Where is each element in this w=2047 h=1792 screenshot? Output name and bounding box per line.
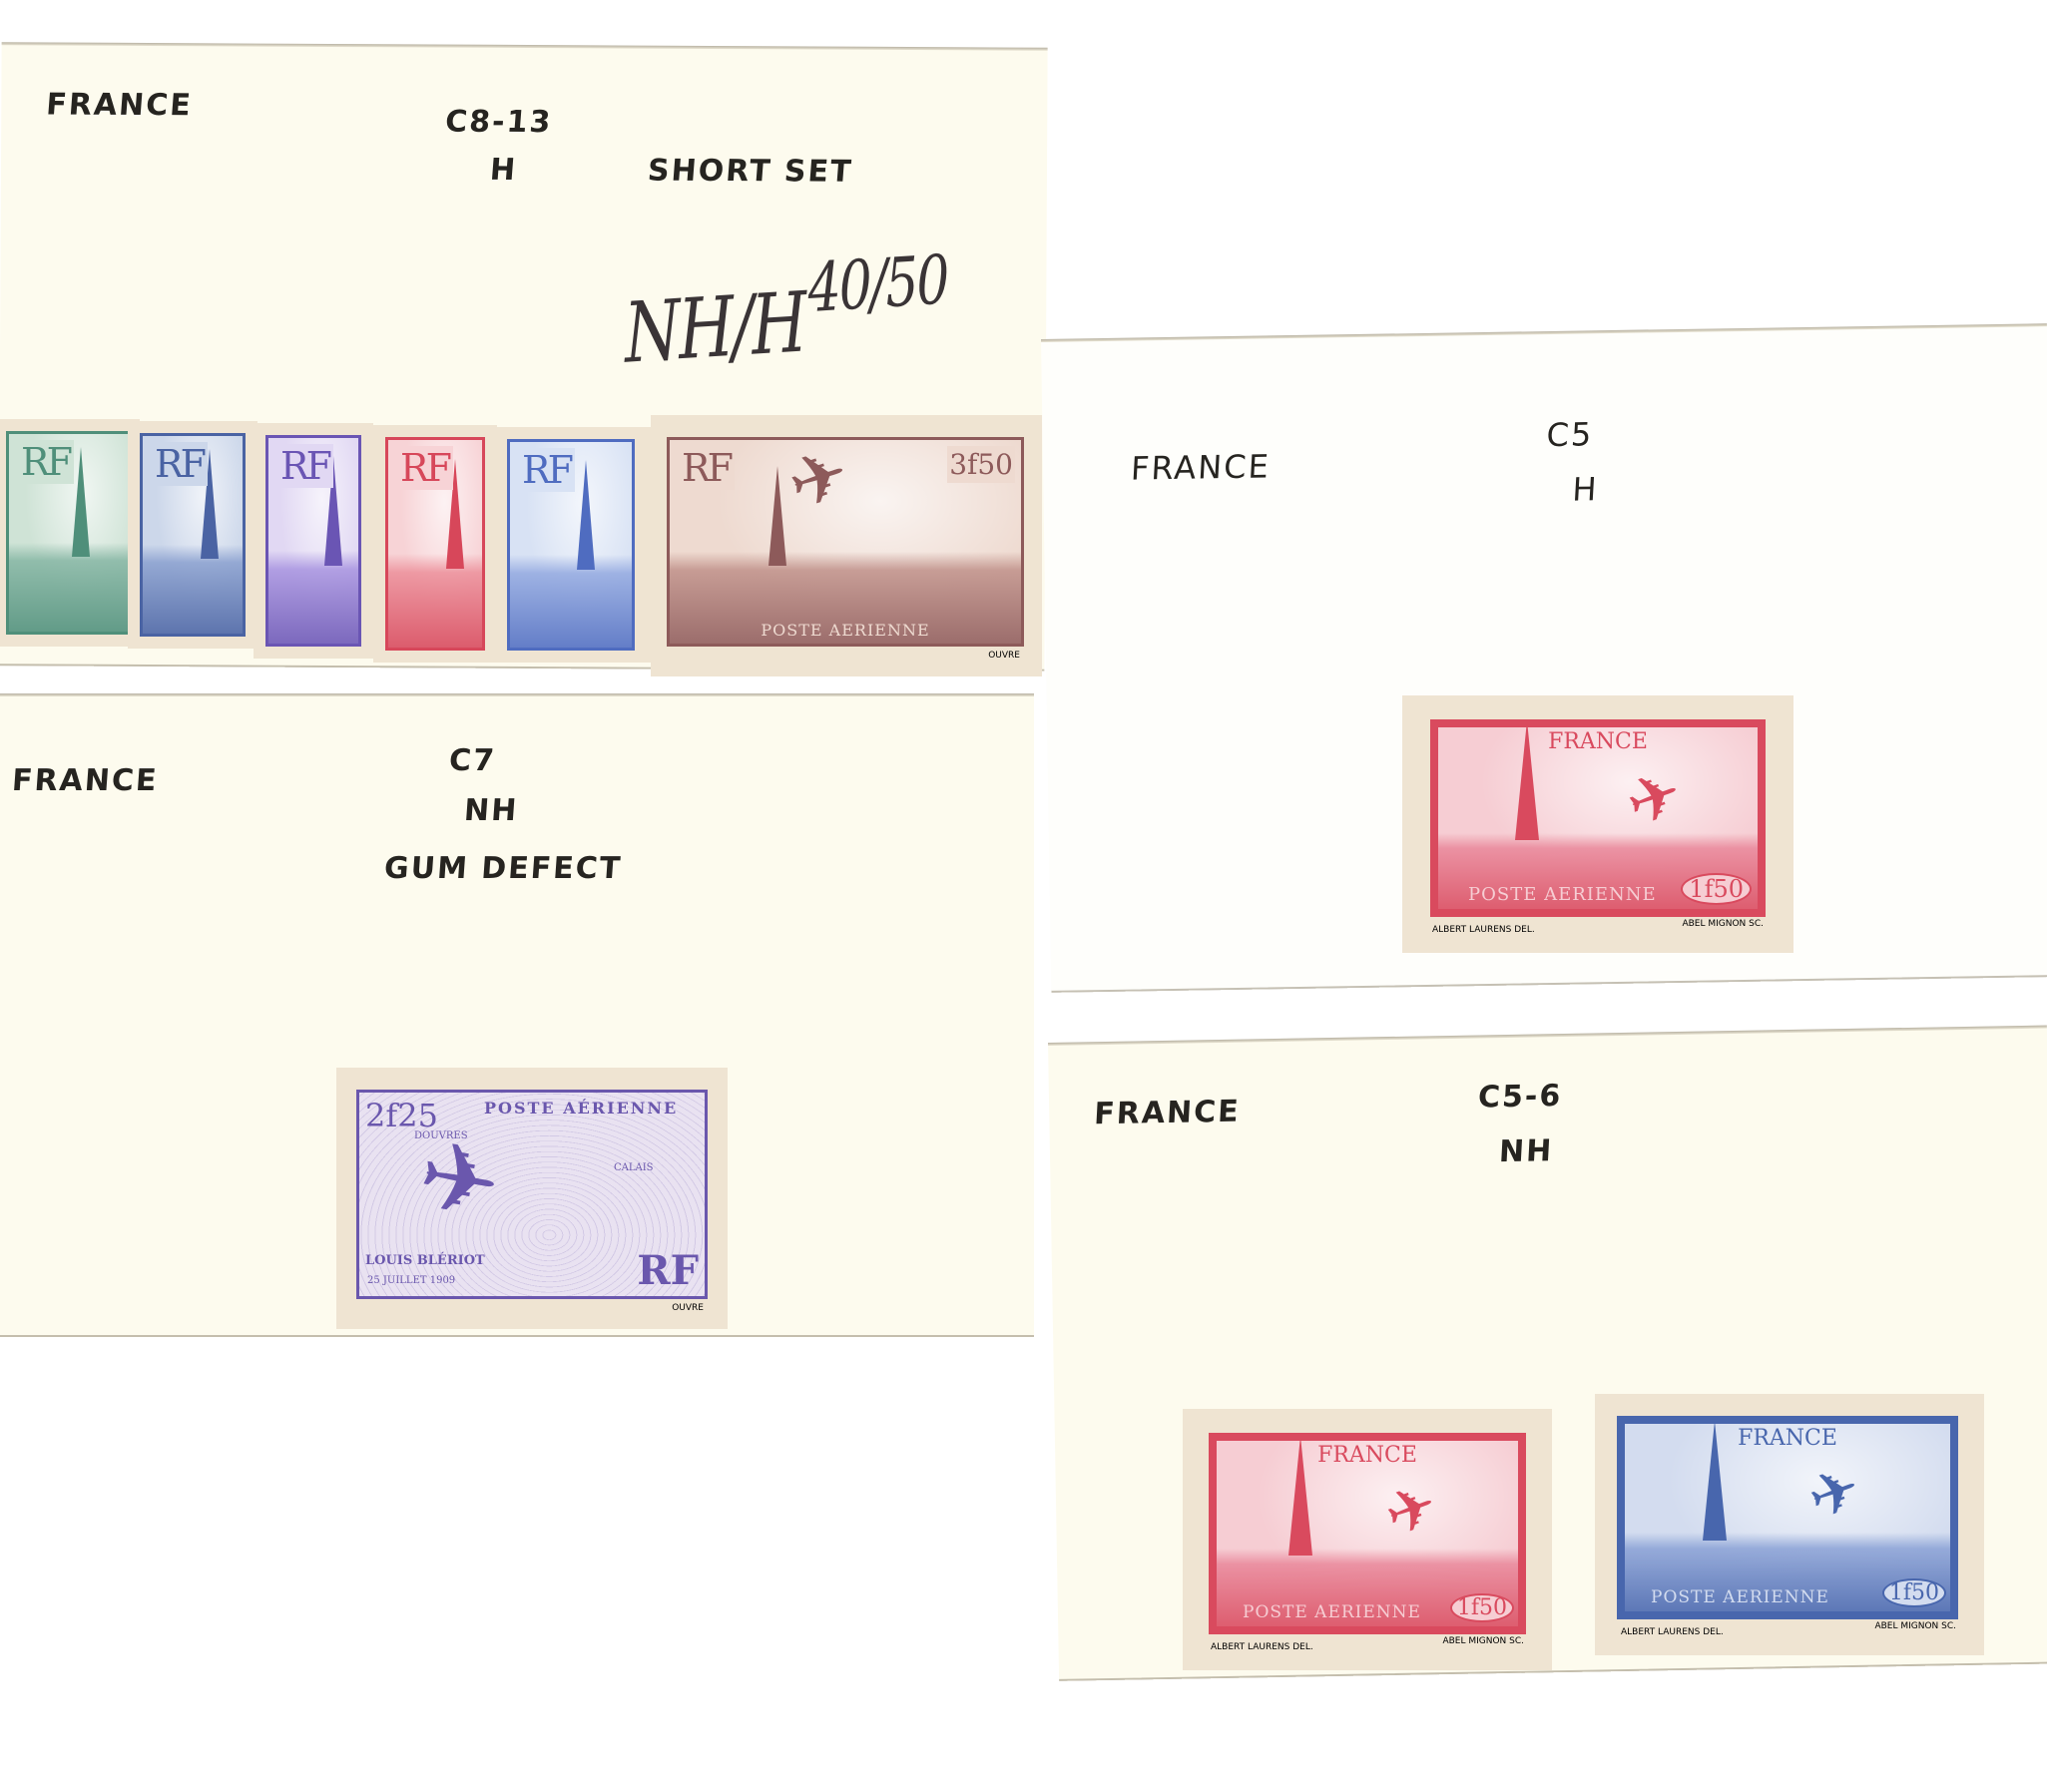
card-country: FRANCE [1093,1095,1241,1132]
stamp-imprint: OUVRE [672,1303,704,1313]
stamp-design: FRANCE ✈ POSTE AERIENNE 1f50 [1617,1416,1958,1619]
rf-mark: RF [151,442,208,486]
stamp-design: RF [140,433,246,637]
stamp-caption: POSTE AERIENNE [670,621,1021,640]
stamp-value: 1f50 [1681,873,1752,905]
card-catalog: C7 [448,743,497,778]
stamp-c13: RF ✈ 3f50 POSTE AERIENNE OUVRE [651,415,1042,676]
rf-mark: RF [396,446,453,490]
stamp-design: RF [507,439,635,651]
card-condition: NH [463,793,520,828]
price-label: NH/H [623,275,806,382]
stamp-design: RF [385,437,485,651]
rf-mark: RF [678,446,735,490]
card-condition: H [1571,470,1599,508]
stamp-c5: FRANCE ✈ POSTE AERIENNE 1f50 ALBERT LAUR… [1402,695,1793,953]
stamp-design: RF [265,435,361,647]
stamp-design: RF ✈ 3f50 POSTE AERIENNE [667,437,1024,647]
imprint-designer: ALBERT LAURENS DEL. [1211,1642,1313,1652]
card-catalog: C5-6 [1477,1079,1563,1116]
card-catalog: C8-13 [444,105,554,141]
stamp-design: RF [6,431,134,635]
stamp-c10: RF [254,423,373,659]
stamp-country: FRANCE [1217,1443,1518,1468]
airplane-icon: ✈ [411,1126,507,1235]
stamp-value: 3f50 [947,446,1015,483]
stamp-c5-red: FRANCE ✈ POSTE AERIENNE 1f50 ALBERT LAUR… [1183,1409,1552,1670]
stamp-design: 2f25 POSTE AÉRIENNE DOUVRES CALAIS ✈ LOU… [356,1090,708,1299]
stamp-name: LOUIS BLÉRIOT [365,1253,485,1268]
card-condition: NH [1498,1133,1554,1169]
imprint-engraver: ABEL MIGNON SC. [1442,1636,1524,1646]
stamp-c6-blue: FRANCE ✈ POSTE AERIENNE 1f50 ALBERT LAUR… [1595,1394,1984,1655]
stamp-country: FRANCE [1438,729,1758,754]
stamp-country: FRANCE [1625,1426,1950,1451]
rf-mark: RF [17,440,74,484]
imprint-designer: ALBERT LAURENS DEL. [1621,1627,1724,1637]
imprint-engraver: ABEL MIGNON SC. [1682,919,1764,929]
stamp-value: 1f50 [1450,1593,1514,1622]
rf-mark: RF [637,1247,699,1294]
card-country: FRANCE [1130,447,1272,487]
card-country: FRANCE [45,88,194,124]
card-country: FRANCE [11,763,160,798]
stamp-c11: RF [373,425,497,663]
stamp-design: FRANCE ✈ POSTE AERIENNE 1f50 [1430,719,1766,917]
stamp-title: POSTE AÉRIENNE [484,1099,678,1118]
stamp-c8: RF [0,419,140,647]
place-label: CALAIS [614,1162,654,1173]
stamp-date: 25 JUILLET 1909 [367,1275,455,1286]
rf-mark: RF [518,448,575,492]
stamp-imprint: OUVRE [988,651,1020,661]
price-annotation: NH/H40/50 [622,241,950,382]
price-value: 40/50 [806,241,948,328]
stamp-c9: RF [128,421,257,649]
card-note: SHORT SET [647,154,854,190]
rf-mark: RF [276,444,333,488]
imprint-designer: ALBERT LAURENS DEL. [1432,925,1535,935]
stamp-design: FRANCE ✈ POSTE AERIENNE 1f50 [1209,1433,1526,1634]
imprint-engraver: ABEL MIGNON SC. [1874,1621,1956,1631]
card-catalog: C5 [1546,415,1595,454]
stamp-c12: RF [495,427,655,663]
stamp-c7: 2f25 POSTE AÉRIENNE DOUVRES CALAIS ✈ LOU… [336,1068,728,1329]
stamp-value: 1f50 [1882,1578,1946,1607]
card-note: GUM DEFECT [383,851,624,886]
card-condition: H [489,153,519,188]
